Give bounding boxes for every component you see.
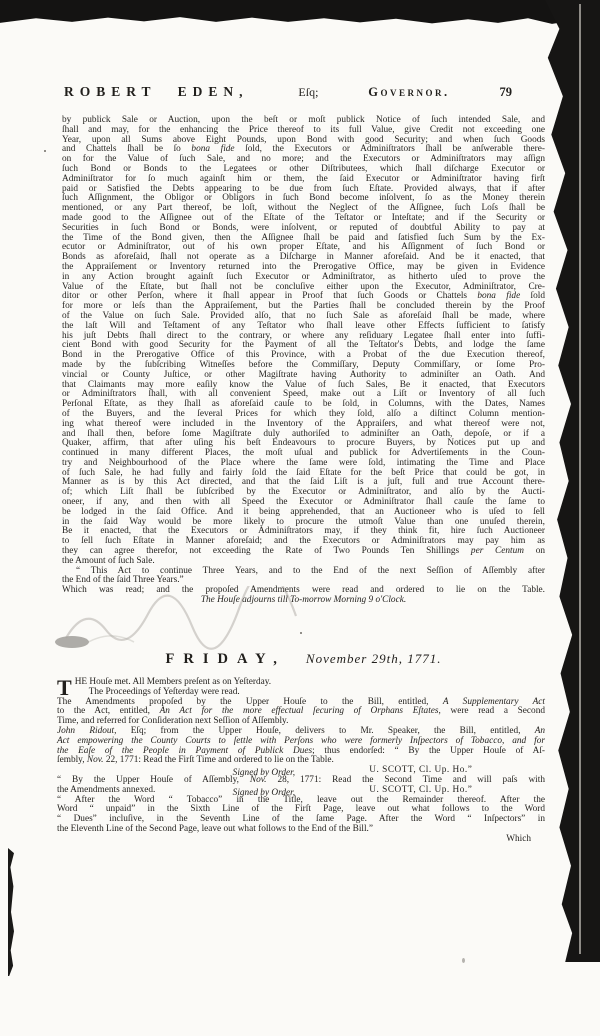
text-segment: bona fide	[191, 144, 234, 154]
scan-artifact-right-band	[542, 0, 600, 962]
text-line: the Eleventh Line of the Second Page, le…	[57, 825, 545, 835]
text-segment: and Chattels ſhall be ſo	[62, 144, 191, 154]
text-segment: ſold	[520, 291, 545, 301]
scan-artifact-left-strip	[8, 848, 14, 976]
text-segment: they can agree therefor, not exceeding t…	[62, 546, 471, 556]
text-line: Which	[57, 835, 545, 845]
text-segment: ſembly,	[57, 755, 87, 765]
drop-cap-letter: T	[57, 678, 75, 697]
act-text-block: by publick Sale or Auction, upon the beſ…	[62, 116, 545, 606]
text-segment: per Centum	[471, 546, 524, 556]
scan-artifact-top-band	[0, 0, 600, 26]
page-number: 79	[500, 85, 513, 100]
text-segment: , were read a Second	[439, 706, 545, 716]
text-segment: bona fide	[477, 291, 520, 301]
signed-by-order: Signed by Order,	[233, 769, 370, 779]
text-segment: John Ridout	[57, 726, 114, 736]
signed-by-order: Signed by Order,	[233, 789, 370, 799]
ink-speck	[44, 150, 46, 152]
text-segment: An Act for the more effectual ſecuring o…	[160, 706, 439, 716]
scan-page-edge-line	[579, 4, 581, 954]
text-segment: ditor or other Perſon, where it ſhall ap…	[62, 291, 477, 301]
text-segment: on	[524, 546, 545, 556]
minutes-text-block: T HE Houſe met. All Members preſent as o…	[57, 678, 545, 845]
session-date: November 29th, 1771.	[306, 651, 442, 666]
governor-name: ROBERT EDEN,	[64, 84, 249, 100]
text-segment: “ By the Upper Houſe of Aſſembly,	[57, 775, 250, 785]
pencil-smudge-mark	[52, 586, 302, 652]
ink-speck	[462, 958, 465, 963]
running-header: ROBERT EDEN, Eſq; Governor. 79	[64, 84, 512, 100]
text-segment: , Eſq; from the Upper Houſe, delivers to…	[114, 726, 535, 736]
text-segment: 22, 1771: Read the Firſt Time and ordere…	[104, 755, 334, 765]
text-segment: to the Act, entitled,	[57, 706, 160, 716]
session-day: FRIDAY,	[166, 651, 286, 667]
text-segment: ſold, the Executors or Adminiſtrators ſh…	[235, 144, 545, 154]
text-segment: Nov.	[87, 755, 104, 765]
session-heading: FRIDAY, November 29th, 1771.	[62, 650, 545, 668]
text-segment: ; thus endorſed: “ By the Upper Houſe of…	[312, 746, 545, 756]
ink-speck	[300, 632, 302, 634]
governor-title: Governor.	[368, 85, 449, 100]
text-segment: An	[535, 726, 545, 736]
text-segment: Act empowering the County Courts to ſett…	[57, 736, 545, 746]
scanned-journal-page: ROBERT EDEN, Eſq; Governor. 79 by public…	[0, 0, 600, 1036]
esquire-abbrev: Eſq;	[298, 85, 318, 100]
